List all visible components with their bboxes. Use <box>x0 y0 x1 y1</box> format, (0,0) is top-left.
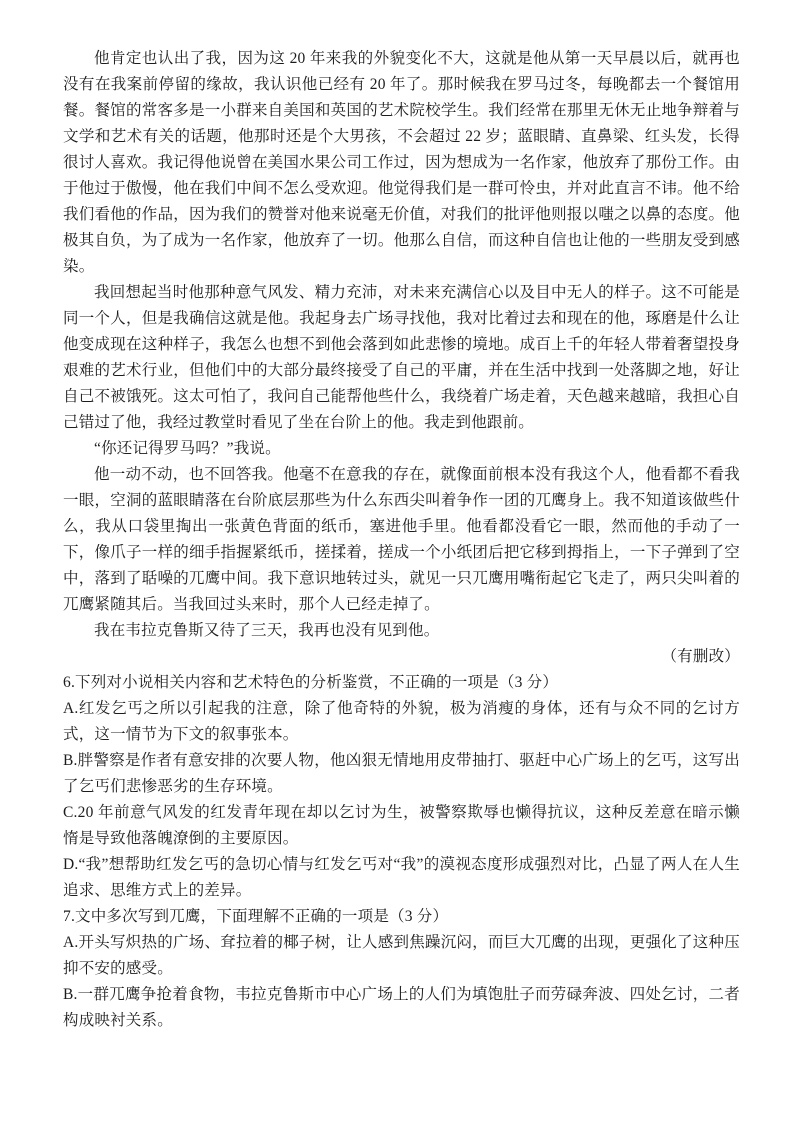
question-7-stem: 7.文中多次写到兀鹰，下面理解不正确的一项是（3 分） <box>63 904 740 930</box>
question-6: 6.下列对小说相关内容和艺术特色的分析鉴赏，不正确的一项是（3 分） A.红发乞… <box>63 670 740 904</box>
question-6-option-d: D.“我”想帮助红发乞丐的急切心情与红发乞丐对“我”的漠视态度形成强烈对比，凸显… <box>63 852 740 904</box>
exam-page: 他肯定也认出了我，因为这 20 年来我的外貌变化不大，这就是他从第一天早晨以后，… <box>0 0 800 1131</box>
question-7-option-b: B.一群兀鹰争抢着食物，韦拉克鲁斯市中心广场上的人们为填饱肚子而劳碌奔波、四处乞… <box>63 982 740 1034</box>
passage-paragraph-5: 我在韦拉克鲁斯又待了三天，我再也没有见到他。 <box>63 618 740 644</box>
question-7: 7.文中多次写到兀鹰，下面理解不正确的一项是（3 分） A.开头写炽热的广场、耷… <box>63 904 740 1034</box>
question-6-option-b: B.胖警察是作者有意安排的次要人物，他凶狠无情地用皮带抽打、驱赶中心广场上的乞丐… <box>63 748 740 800</box>
question-7-option-a: A.开头写炽热的广场、耷拉着的椰子树，让人感到焦躁沉闷，而巨大兀鹰的出现，更强化… <box>63 930 740 982</box>
question-6-option-a: A.红发乞丐之所以引起我的注意，除了他奇特的外貌，极为消瘦的身体，还有与众不同的… <box>63 696 740 748</box>
passage-attribution: （有删改） <box>63 644 740 670</box>
passage-paragraph-3-dialogue: “你还记得罗马吗？”我说。 <box>63 436 740 462</box>
question-list: 6.下列对小说相关内容和艺术特色的分析鉴赏，不正确的一项是（3 分） A.红发乞… <box>63 670 740 1034</box>
question-6-stem: 6.下列对小说相关内容和艺术特色的分析鉴赏，不正确的一项是（3 分） <box>63 670 740 696</box>
question-6-option-c: C.20 年前意气风发的红发青年现在却以乞讨为生，被警察欺辱也懒得抗议，这种反差… <box>63 800 740 852</box>
passage-paragraph-1: 他肯定也认出了我，因为这 20 年来我的外貌变化不大，这就是他从第一天早晨以后，… <box>63 46 740 280</box>
passage-paragraph-2: 我回想起当时他那种意气风发、精力充沛，对未来充满信心以及目中无人的样子。这不可能… <box>63 280 740 436</box>
passage-paragraph-4: 他一动不动，也不回答我。他毫不在意我的存在，就像面前根本没有我这个人，他看都不看… <box>63 462 740 618</box>
reading-passage: 他肯定也认出了我，因为这 20 年来我的外貌变化不大，这就是他从第一天早晨以后，… <box>63 46 740 670</box>
